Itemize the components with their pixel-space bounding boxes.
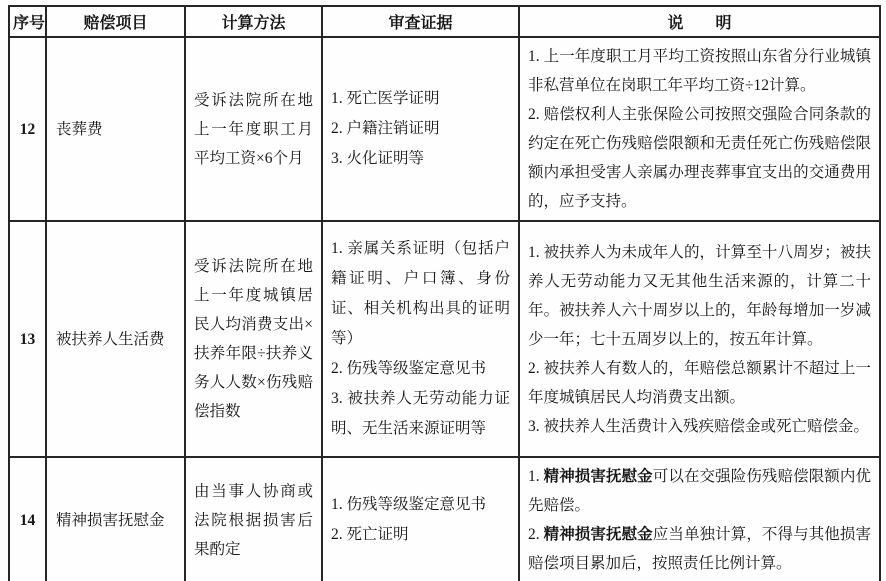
explanation-emphasis-text: 精神损害抚慰金 — [544, 468, 653, 485]
evidence-item: 2. 户籍注销证明 — [331, 114, 510, 144]
evidence-item: 3. 火化证明等 — [331, 144, 510, 174]
table-row: 12丧葬费受诉法院所在地上一年度职工月平均工资×6个月1. 死亡医学证明2. 户… — [9, 37, 880, 221]
explanation-text: 3. 被扶养人生活费计入残疾赔偿金或死亡赔偿金。 — [528, 418, 869, 435]
cell-calculation-method: 受诉法院所在地上一年度职工月平均工资×6个月 — [185, 37, 322, 221]
cell-compensation-item: 精神损害抚慰金 — [46, 457, 185, 581]
evidence-item: 1. 伤残等级鉴定意见书 — [331, 490, 510, 520]
cell-explanation: 1. 被扶养人为未成年人的，计算至十八周岁；被扶养人无劳动能力又无其他生活来源的… — [519, 221, 880, 457]
cell-calculation-method: 受诉法院所在地上一年度城镇居民人均消费支出×扶养年限÷扶养义务人人数×伤残赔偿指… — [185, 221, 322, 457]
explanation-text: 1. 上一年度职工月平均工资按照山东省分行业城镇非私营单位在岗职工年平均工资÷1… — [528, 48, 871, 94]
document-page: 序号 赔偿项目 计算方法 审查证据 说 明 12丧葬费受诉法院所在地上一年度职工… — [0, 0, 886, 581]
evidence-item: 2. 死亡证明 — [331, 520, 510, 550]
compensation-table: 序号 赔偿项目 计算方法 审查证据 说 明 12丧葬费受诉法院所在地上一年度职工… — [8, 5, 881, 581]
cell-explanation: 1. 上一年度职工月平均工资按照山东省分行业城镇非私营单位在岗职工年平均工资÷1… — [519, 37, 880, 221]
explanation-text: 2. 被扶养人有数人的，年赔偿总额累计不超过上一年度城镇居民人均消费支出额。 — [528, 360, 871, 406]
header-row: 序号 赔偿项目 计算方法 审查证据 说 明 — [9, 6, 880, 37]
cell-review-evidence: 1. 亲属关系证明（包括户籍证明、户口簿、身份证、相关机构出具的证明等）2. 伤… — [322, 221, 519, 457]
cell-compensation-item: 被扶养人生活费 — [46, 221, 185, 457]
explanation-item: 1. 上一年度职工月平均工资按照山东省分行业城镇非私营单位在岗职工年平均工资÷1… — [528, 42, 871, 100]
explanation-item: 2. 赔偿权利人主张保险公司按照交强险合同条款的约定在死亡伤残赔偿限额和无责任死… — [528, 100, 871, 216]
explanation-emphasis-text: 精神损害抚慰金 — [544, 526, 653, 543]
explanation-text: 2. — [528, 526, 544, 543]
cell-review-evidence: 1. 死亡医学证明2. 户籍注销证明3. 火化证明等 — [322, 37, 519, 221]
cell-serial-number: 12 — [9, 37, 46, 221]
explanation-text: 1. 被扶养人为未成年人的，计算至十八周岁；被扶养人无劳动能力又无其他生活来源的… — [528, 244, 871, 348]
explanation-item: 1. 精神损害抚慰金可以在交强险伤残赔偿限额内优先赔偿。 — [528, 462, 871, 520]
header-review-evidence: 审查证据 — [322, 6, 519, 37]
cell-explanation: 1. 精神损害抚慰金可以在交强险伤残赔偿限额内优先赔偿。2. 精神损害抚慰金应当… — [519, 457, 880, 581]
evidence-item: 1. 亲属关系证明（包括户籍证明、户口簿、身份证、相关机构出具的证明等） — [331, 234, 510, 354]
header-compensation-item: 赔偿项目 — [46, 6, 185, 37]
header-calculation-method: 计算方法 — [185, 6, 322, 37]
calculation-method-text: 由当事人协商或法院根据损害后果酌定 — [194, 477, 313, 564]
evidence-item: 2. 伤残等级鉴定意见书 — [331, 354, 510, 384]
header-explanation: 说 明 — [519, 6, 880, 37]
calculation-method-text: 受诉法院所在地上一年度城镇居民人均消费支出×扶养年限÷扶养义务人人数×伤残赔偿指… — [194, 252, 313, 426]
explanation-item: 1. 被扶养人为未成年人的，计算至十八周岁；被扶养人无劳动能力又无其他生活来源的… — [528, 238, 871, 354]
cell-serial-number: 13 — [9, 221, 46, 457]
header-serial-number: 序号 — [9, 6, 46, 37]
explanation-text: 2. 赔偿权利人主张保险公司按照交强险合同条款的约定在死亡伤残赔偿限额和无责任死… — [528, 106, 871, 210]
explanation-item: 2. 被扶养人有数人的，年赔偿总额累计不超过上一年度城镇居民人均消费支出额。 — [528, 354, 871, 412]
table-row: 13被扶养人生活费受诉法院所在地上一年度城镇居民人均消费支出×扶养年限÷扶养义务… — [9, 221, 880, 457]
explanation-text: 1. — [528, 468, 544, 485]
explanation-item: 2. 精神损害抚慰金应当单独计算，不得与其他损害赔偿项目累加后，按照责任比例计算… — [528, 520, 871, 578]
evidence-item: 3. 被扶养人无劳动能力证明、无生活来源证明等 — [331, 384, 510, 444]
explanation-item: 3. 被扶养人生活费计入残疾赔偿金或死亡赔偿金。 — [528, 412, 871, 441]
cell-compensation-item: 丧葬费 — [46, 37, 185, 221]
cell-review-evidence: 1. 伤残等级鉴定意见书2. 死亡证明 — [322, 457, 519, 581]
table-row: 14精神损害抚慰金由当事人协商或法院根据损害后果酌定1. 伤残等级鉴定意见书2.… — [9, 457, 880, 581]
calculation-method-text: 受诉法院所在地上一年度职工月平均工资×6个月 — [194, 86, 313, 173]
evidence-item: 1. 死亡医学证明 — [331, 84, 510, 114]
cell-calculation-method: 由当事人协商或法院根据损害后果酌定 — [185, 457, 322, 581]
cell-serial-number: 14 — [9, 457, 46, 581]
